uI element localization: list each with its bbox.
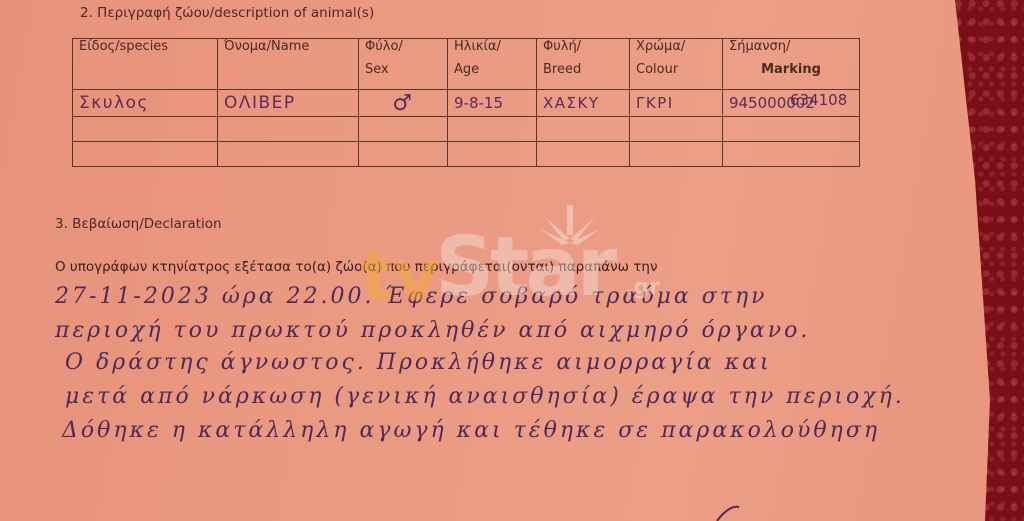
name-value: ΟΛΙΒΕΡ — [224, 93, 296, 113]
col-age: Ηλικία/Age — [448, 39, 537, 90]
col-species: Είδος/species — [73, 39, 218, 90]
star-logo-icon — [540, 205, 600, 245]
signature-stroke — [715, 503, 745, 521]
table-row-empty — [73, 142, 860, 167]
section-2-title: 2. Περιγραφή ζώου/description of animal(… — [80, 5, 374, 21]
declaration-text: Ο υπογράφων κτηνίατρος εξέτασα το(α) ζώο… — [55, 259, 657, 275]
table-row: Σκυλος ΟΛΙΒΕΡ ♂ 9-8-15 ΧΑΣΚΥ ΓΚΡΙ 945000… — [73, 90, 860, 117]
section-3-title: 3. Βεβαίωση/Declaration — [55, 216, 222, 232]
breed-value: ΧΑΣΚΥ — [543, 94, 600, 112]
handwritten-line-4: μετά από νάρκωση (γενική αναισθησία) έρα… — [65, 384, 905, 409]
male-symbol-icon: ♂ — [392, 91, 413, 116]
age-value: 9-8-15 — [454, 94, 503, 112]
handwritten-line-1: 27-11-2023 ώρα 22.00. Έφερε σοβαρό τραύμ… — [55, 284, 768, 309]
handwritten-line-5: Δόθηκε η κατάλληλη αγωγή και τέθηκε σε π… — [62, 418, 880, 443]
table-row-empty — [73, 117, 860, 142]
colour-value: ΓΚΡΙ — [636, 94, 674, 112]
veterinary-form-paper: 2. Περιγραφή ζώου/description of animal(… — [0, 0, 990, 521]
table-header-row: Είδος/species Όνομα/Name Φύλο/Sex Ηλικία… — [73, 39, 860, 90]
col-breed: Φυλή/Breed — [537, 39, 630, 90]
species-value: Σκυλος — [79, 93, 149, 113]
col-name: Όνομα/Name — [218, 39, 359, 90]
col-marking: Σήμανση/Marking — [723, 39, 860, 90]
marking-overflow: 634108 — [790, 91, 847, 109]
handwritten-line-2: περιοχή του πρωκτού προκληθέν από αιχμηρ… — [55, 318, 810, 343]
handwritten-line-3: Ο δράστης άγνωστος. Προκλήθηκε αιμορραγί… — [65, 350, 772, 375]
col-sex: Φύλο/Sex — [359, 39, 448, 90]
col-colour: Χρώμα/Colour — [630, 39, 723, 90]
animal-description-table: Είδος/species Όνομα/Name Φύλο/Sex Ηλικία… — [72, 38, 860, 167]
